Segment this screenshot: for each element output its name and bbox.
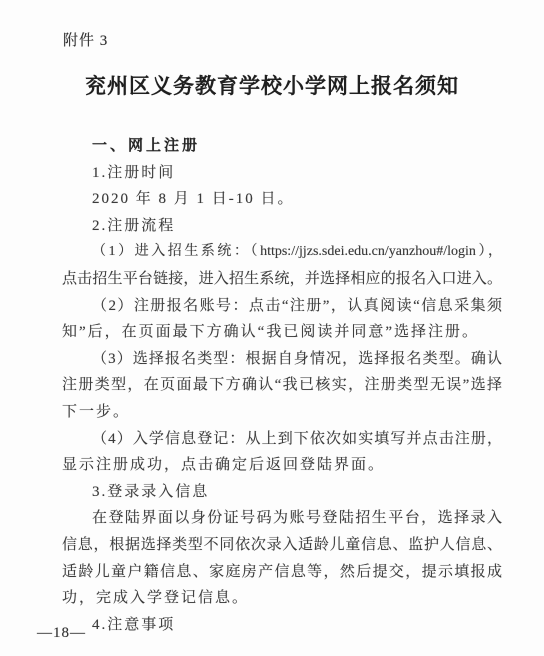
document-line: 2.注册流程 [62, 213, 502, 240]
document-line: 注册类型，在页面最下方确认“我已核实，注册类型无误”选择 [62, 372, 502, 399]
document-line: 功，完成入学登记信息。 [62, 585, 502, 612]
document-line: 4.注意事项 [62, 612, 502, 639]
document-page: 附件 3 兖州区义务教育学校小学网上报名须知 一、网上注册1.注册时间2020 … [0, 0, 544, 656]
document-line: （3）选择报名类型：根据自身情况，选择报名类型。确认 [62, 346, 502, 373]
page-number: —18— [37, 625, 86, 642]
document-line: 适龄儿童户籍信息、家庭房产信息等，然后提交，提示填报成 [62, 559, 502, 586]
document-line: （1）进入招生系统：（https://jjzs.sdei.edu.cn/yanz… [62, 239, 502, 266]
document-line: 一、网上注册 [62, 133, 502, 160]
document-line: 2020 年 8 月 1 日-10 日。 [62, 186, 502, 213]
document-line: 在登陆界面以身份证号码为账号登陆招生平台，选择录入 [62, 505, 502, 532]
document-line: 点击招生平台链接，进入招生系统，并选择相应的报名入口进入。 [62, 266, 502, 293]
document-line: 1.注册时间 [62, 160, 502, 187]
document-line: 显示注册成功，点击确定后返回登陆界面。 [62, 452, 502, 479]
attachment-label: 附件 3 [63, 29, 108, 50]
page-title: 兖州区义务教育学校小学网上报名须知 [0, 70, 544, 100]
document-line: （4）入学信息登记：从上到下依次如实填写并点击注册， [62, 426, 502, 453]
document-line: 信息，根据选择类型不同依次录入适龄儿童信息、监护人信息、 [62, 532, 502, 559]
document-line: 知”后，在页面最下方确认“我已阅读并同意”选择注册。 [62, 319, 502, 346]
document-line: 下一步。 [62, 399, 502, 426]
document-line: （2）注册报名账号：点击“注册”，认真阅读“信息采集须 [62, 293, 502, 320]
document-line: 3.登录录入信息 [62, 479, 502, 506]
document-body: 一、网上注册1.注册时间2020 年 8 月 1 日-10 日。2.注册流程（1… [62, 133, 502, 638]
